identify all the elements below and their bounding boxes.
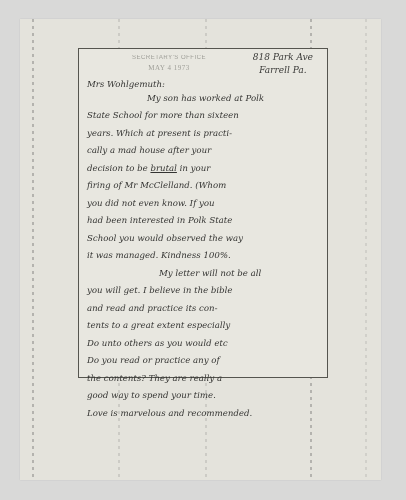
stamp-date: MAY 4 1973 — [124, 63, 214, 74]
body-line: tents to a great extent especially — [87, 318, 321, 336]
address-street: 818 Park Ave — [253, 52, 313, 65]
body-line: State School for more than sixteen — [87, 108, 321, 126]
body-line: the contents? They are really a — [87, 371, 321, 389]
body-line: years. Which at present is practi- — [87, 126, 321, 144]
body-line: good way to spend your time. — [87, 388, 321, 406]
body-line: Love is marvelous and recommended. — [87, 406, 321, 424]
copy-streak — [32, 19, 34, 480]
received-stamp: SECRETARY'S OFFICE MAY 4 1973 — [124, 54, 214, 74]
body-line: cally a mad house after your — [87, 143, 321, 161]
body-line: Do you read or practice any of — [87, 353, 321, 371]
sender-address: 818 Park Ave Farrell Pa. — [253, 52, 313, 78]
body-line: My letter will not be all — [87, 266, 321, 284]
body-line: you will get. I believe in the bible — [87, 283, 321, 301]
body-line: decision to be brutal in your — [87, 161, 321, 179]
letter-body: Mrs Wohlgemuth: My son has worked at Pol… — [87, 77, 321, 423]
body-line: you did not even know. If you — [87, 196, 321, 214]
copy-streak — [365, 19, 367, 480]
body-line: it was managed. Kindness 100%. — [87, 248, 321, 266]
body-line: School you would observed the way — [87, 231, 321, 249]
body-line: and read and practice its con- — [87, 301, 321, 319]
body-line: had been interested in Polk State — [87, 213, 321, 231]
letter-page: SECRETARY'S OFFICE MAY 4 1973 818 Park A… — [78, 48, 328, 378]
body-line: Do unto others as you would etc — [87, 336, 321, 354]
stamp-office: SECRETARY'S OFFICE — [124, 54, 214, 63]
underlined-word: brutal — [150, 164, 176, 174]
body-line: firing of Mr McClelland. (Whom — [87, 178, 321, 196]
